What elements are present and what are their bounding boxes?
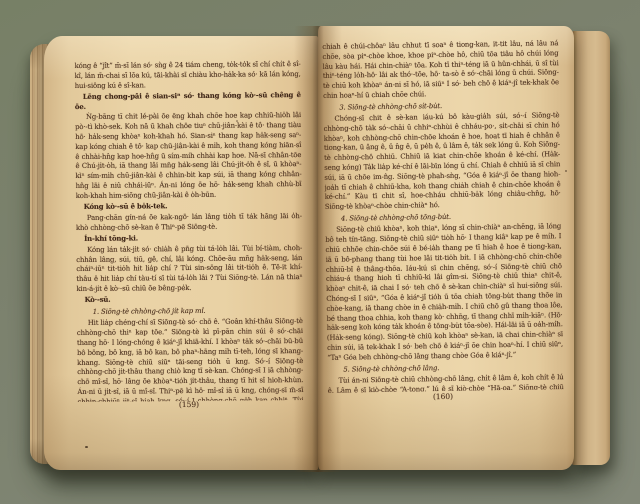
text-block: kóng ê “jî̍t” m̄-sī lán só· sǹg ê 24 tiá… — [75, 60, 301, 91]
left-page-number: (159) — [76, 399, 302, 410]
left-page: kóng ê “jî̍t” m̄-sī lán só· sǹg ê 24 tiá… — [44, 36, 318, 470]
text-block: Ǹg-bāng tī chit lé-pài ōe ēng khah chōe … — [75, 112, 302, 202]
paper-speck — [85, 446, 88, 448]
text-block: chiah ê chúi-chôaⁿ lâu chhut tī soaⁿ ê t… — [322, 39, 559, 101]
text-block: Pang-chān gín-ná ōe kak-ngō· lán lâng ti… — [76, 212, 302, 234]
text-block: Kò·-sū. — [77, 294, 303, 306]
text-block: Chóng-sī chit ê sè-kan iáu-kú bô kàu-gia… — [323, 111, 561, 213]
text-block: Lēng chong-pâi ê sian-siⁿ só· thang kóng… — [75, 91, 301, 113]
text-block: 1. Siōng-tè chhòng-chō ji̍t kap mî. — [77, 306, 303, 318]
text-block: Hit lia̍p chéng-chí sī Siōng-tè só· chō … — [77, 317, 304, 402]
text-block: Kóng kò·-sū ê bo̍k-tek. — [76, 201, 302, 213]
text-block: Ín-khí tōng-ki. — [76, 233, 302, 245]
paper-speck — [565, 170, 567, 172]
scanned-book-photo: kóng ê “jî̍t” m̄-sī lán só· sǹg ê 24 tiá… — [0, 0, 640, 504]
text-block: Siōng-tè chiū khòaⁿ, koh thiaⁿ, lóng sī … — [325, 222, 563, 363]
book-cover-edge — [572, 31, 610, 465]
paper-speck — [236, 120, 238, 122]
right-page-text: chiah ê chúi-chôaⁿ lâu chhut tī soaⁿ ê t… — [322, 39, 563, 393]
right-page: chiah ê chúi-chôaⁿ lâu chhut tī soaⁿ ê t… — [318, 26, 574, 470]
left-page-text: kóng ê “jî̍t” m̄-sī lán só· sǹg ê 24 tiá… — [75, 60, 304, 402]
text-block: Kóng lán ta̍k-ji̍t só· chia̍h ê pn̄g tùi… — [76, 244, 302, 295]
